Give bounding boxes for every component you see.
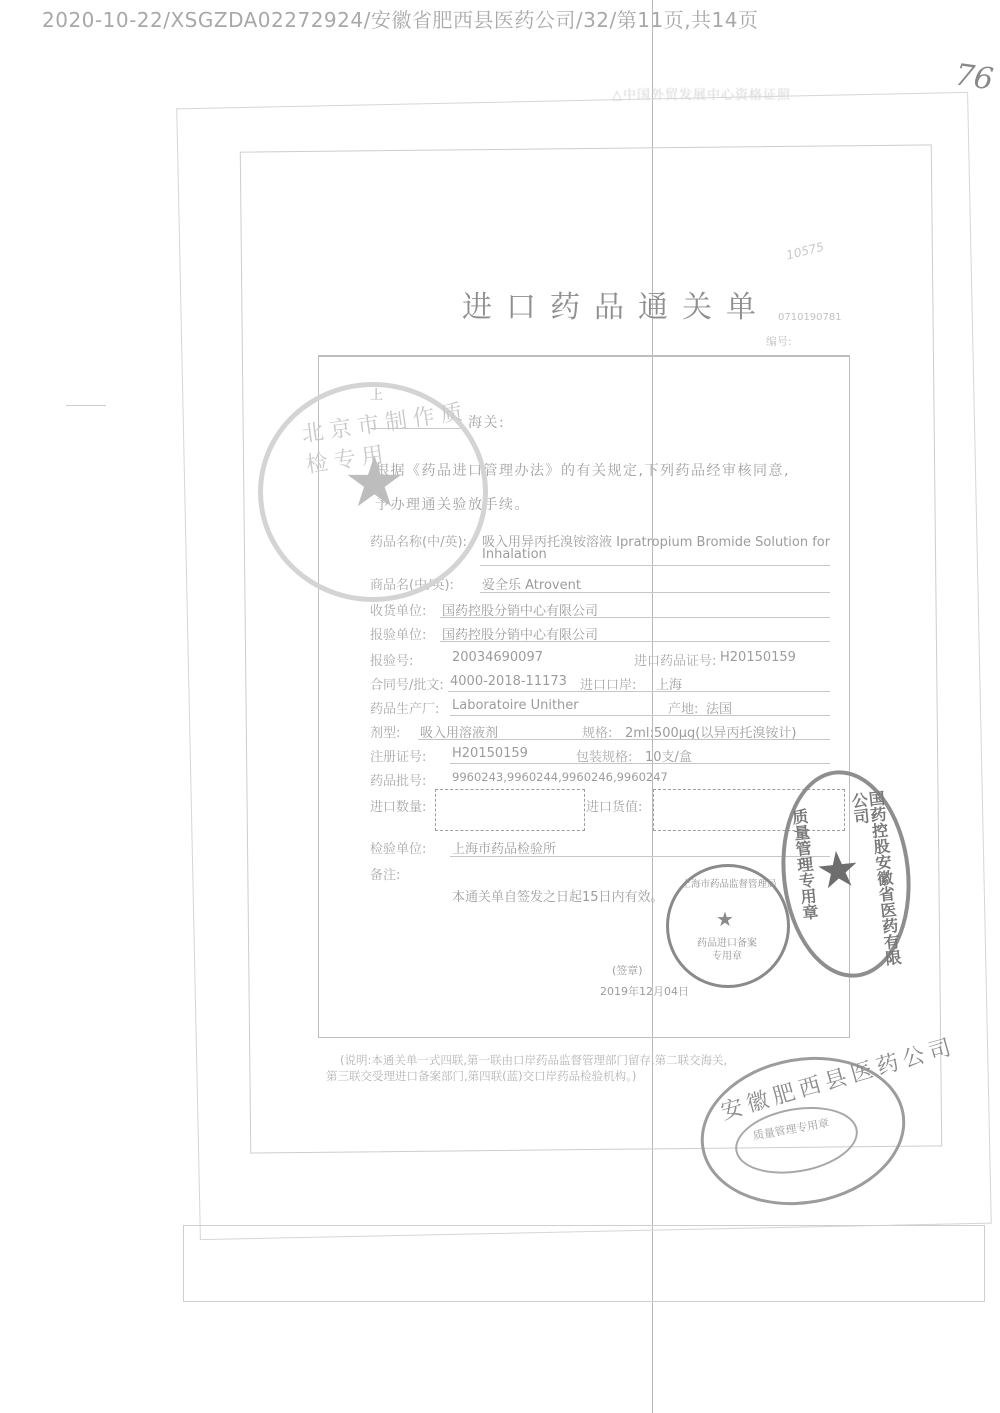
underline [450,715,830,716]
star-icon: ★ [343,447,406,517]
sheet-outline-bottom [183,1225,985,1302]
star-icon: ★ [716,907,734,931]
field-value-trade-name: 爱全乐 Atrovent [482,574,581,593]
field-label-contract: 合同号/批文: [370,674,444,693]
field-label-dosage-form: 剂型: [370,722,400,741]
stamp-quality-inspection: 北京市制作质检专用 ★ [258,382,488,602]
field-value-batch: 9960243,9960244,9960246,9960247 [452,770,668,784]
form-code: 0710190781 [778,312,842,323]
field-value-contract: 4000-2018-11173 [450,674,567,689]
field-value-inspection-no: 20034690097 [452,650,543,665]
stamp-import-filing: 上海市药品监督管理局 ★ 药品进口备案专用章 [666,864,790,988]
stamp-mid-inner-text: 药品进口备案专用章 [697,937,757,963]
star-icon: ★ [813,843,863,897]
field-value-drug-name-cont: Inhalation [482,547,547,562]
document-title: 进口药品通关单 [462,282,770,326]
footer-note-line-1: (说明:本通关单一式四联,第一联由口岸药品监督管理部门留存,第二联交海关, [340,1052,727,1068]
field-label-declarant: 报验单位: [370,624,426,643]
field-label-value: 进口货值: [586,796,642,815]
underline [450,856,830,857]
field-label-inspection-unit: 检验单位: [370,838,426,857]
quantity-box [435,789,585,831]
underline [440,641,830,642]
underline [418,739,830,740]
field-value-manufacturer: Laboratoire Unither [452,698,579,713]
form-number-label: 编号: [766,333,792,349]
field-label-batch: 药品批号: [370,770,426,789]
field-value-inspection-unit: 上海市药品检验所 [452,838,556,857]
underline [480,565,830,566]
field-label-remarks: 备注: [370,864,400,883]
field-label-license-no: 进口药品证号: [634,650,716,669]
margin-mark [66,405,106,406]
field-label-quantity: 进口数量: [370,796,426,815]
issue-date: 2019年12月04日 [600,983,689,999]
underline [450,763,830,764]
footer-note-line-2: 第三联交受理进口备案部门,第四联(蓝)交口岸药品检验机构。) [326,1068,636,1084]
field-label-manufacturer: 药品生产厂: [370,698,439,717]
field-label-registration: 注册证号: [370,746,426,765]
underline [440,617,830,618]
field-label-consignee: 收货单位: [370,600,426,619]
field-value-registration: H20150159 [452,746,528,761]
stamp-mid-outer-text: 上海市药品监督管理局 [679,879,779,891]
underline [448,691,830,692]
underline [480,592,830,593]
validity-note: 本通关单自签发之日起15日内有效。 [452,886,664,905]
seal-label: (签章) [612,962,643,978]
field-label-inspection-no: 报验号: [370,650,413,669]
field-value-license-no: H20150159 [720,650,796,665]
